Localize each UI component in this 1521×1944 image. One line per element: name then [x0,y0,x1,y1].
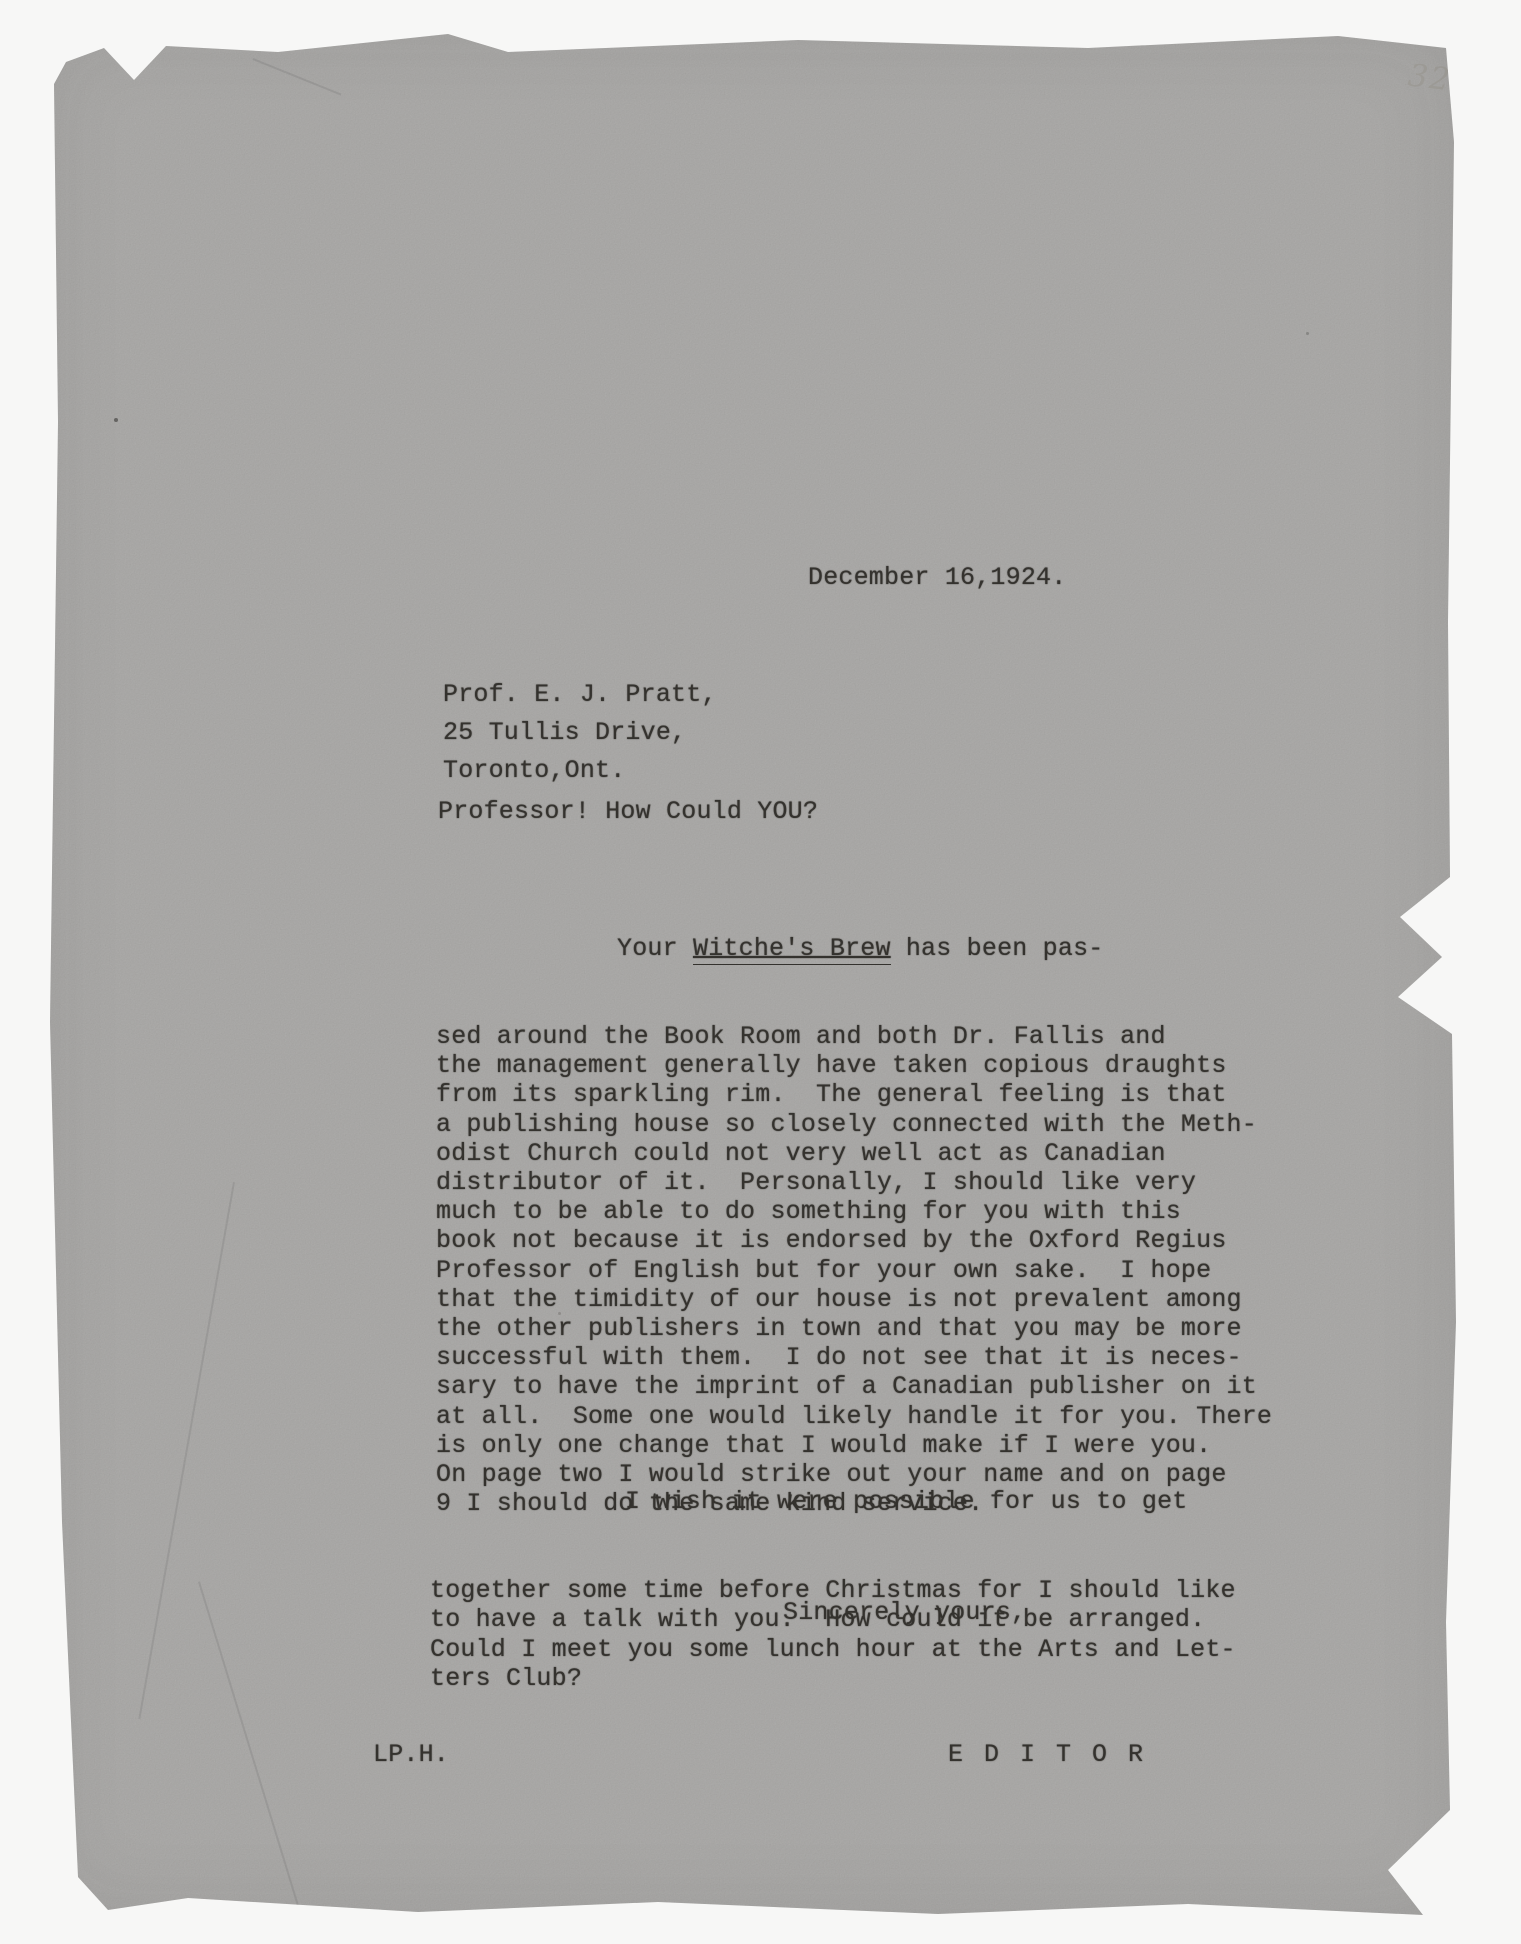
letter-line: sed around the Book Room and both Dr. Fa… [436,1022,1272,1051]
letter-line: that the timidity of our house is not pr… [436,1285,1272,1314]
letter-line: the management generally have taken copi… [436,1051,1272,1080]
letter-line: a publishing house so closely connected … [436,1110,1272,1139]
closing-salutation: Sincerely yours, [783,1598,1026,1627]
letter-line: from its sparkling rim. The general feel… [436,1080,1272,1109]
letter-date: December 16,1924. [808,563,1066,592]
book-title-underlined: Witche's Brew [693,934,891,965]
letter-line: sary to have the imprint of a Canadian p… [436,1372,1272,1401]
letter-line: distributor of it. Personally, I should … [436,1168,1272,1197]
paper-crease-line [198,1582,303,1922]
first-line-pre-text: Your [617,934,693,963]
typist-initials: LP.H. [373,1740,449,1769]
letter-line: ters Club? [430,1664,1236,1694]
recipient-address-line: 25 Tullis Drive, [443,714,717,752]
body-paragraph-2-lines: together some time before Christmas for … [430,1576,1236,1694]
paper-crease-line [253,58,342,95]
recipient-address-line: Prof. E. J. Pratt, [443,676,717,714]
handwritten-page-number: 32 [1406,57,1454,98]
body-paragraph-2-first-line: I wish it were possible for us to get [430,1487,1236,1517]
letter-line: successful with them. I do not see that … [436,1343,1272,1372]
letter-line: odist Church could not very well act as … [436,1139,1272,1168]
paper-speck [114,418,118,422]
letter-line: book not because it is endorsed by the O… [436,1226,1272,1255]
first-line-post-text: has been pas- [891,934,1104,963]
body-paragraph-1-first-line: Your Witche's Brew has been pas- [436,934,1272,963]
letter-line: Could I meet you some lunch hour at the … [430,1635,1236,1665]
scanned-letter-page: 32 December 16,1924. Prof. E. J. Pratt,2… [38,22,1462,1922]
body-paragraph-2: I wish it were possible for us to get to… [430,1428,1236,1753]
paper-speck [1306,332,1309,335]
salutation: Professor! How Could YOU? [438,797,818,826]
letter-line: the other publishers in town and that yo… [436,1314,1272,1343]
recipient-address-line: Toronto,Ont. [443,752,717,790]
paper-crease-line [138,1182,234,1719]
letter-line: at all. Some one would likely handle it … [436,1402,1272,1431]
signature-title: E D I T O R [948,1740,1146,1769]
letter-line: much to be able to do something for you … [436,1197,1272,1226]
recipient-address: Prof. E. J. Pratt,25 Tullis Drive,Toront… [443,676,717,790]
letter-line: Professor of English but for your own sa… [436,1256,1272,1285]
